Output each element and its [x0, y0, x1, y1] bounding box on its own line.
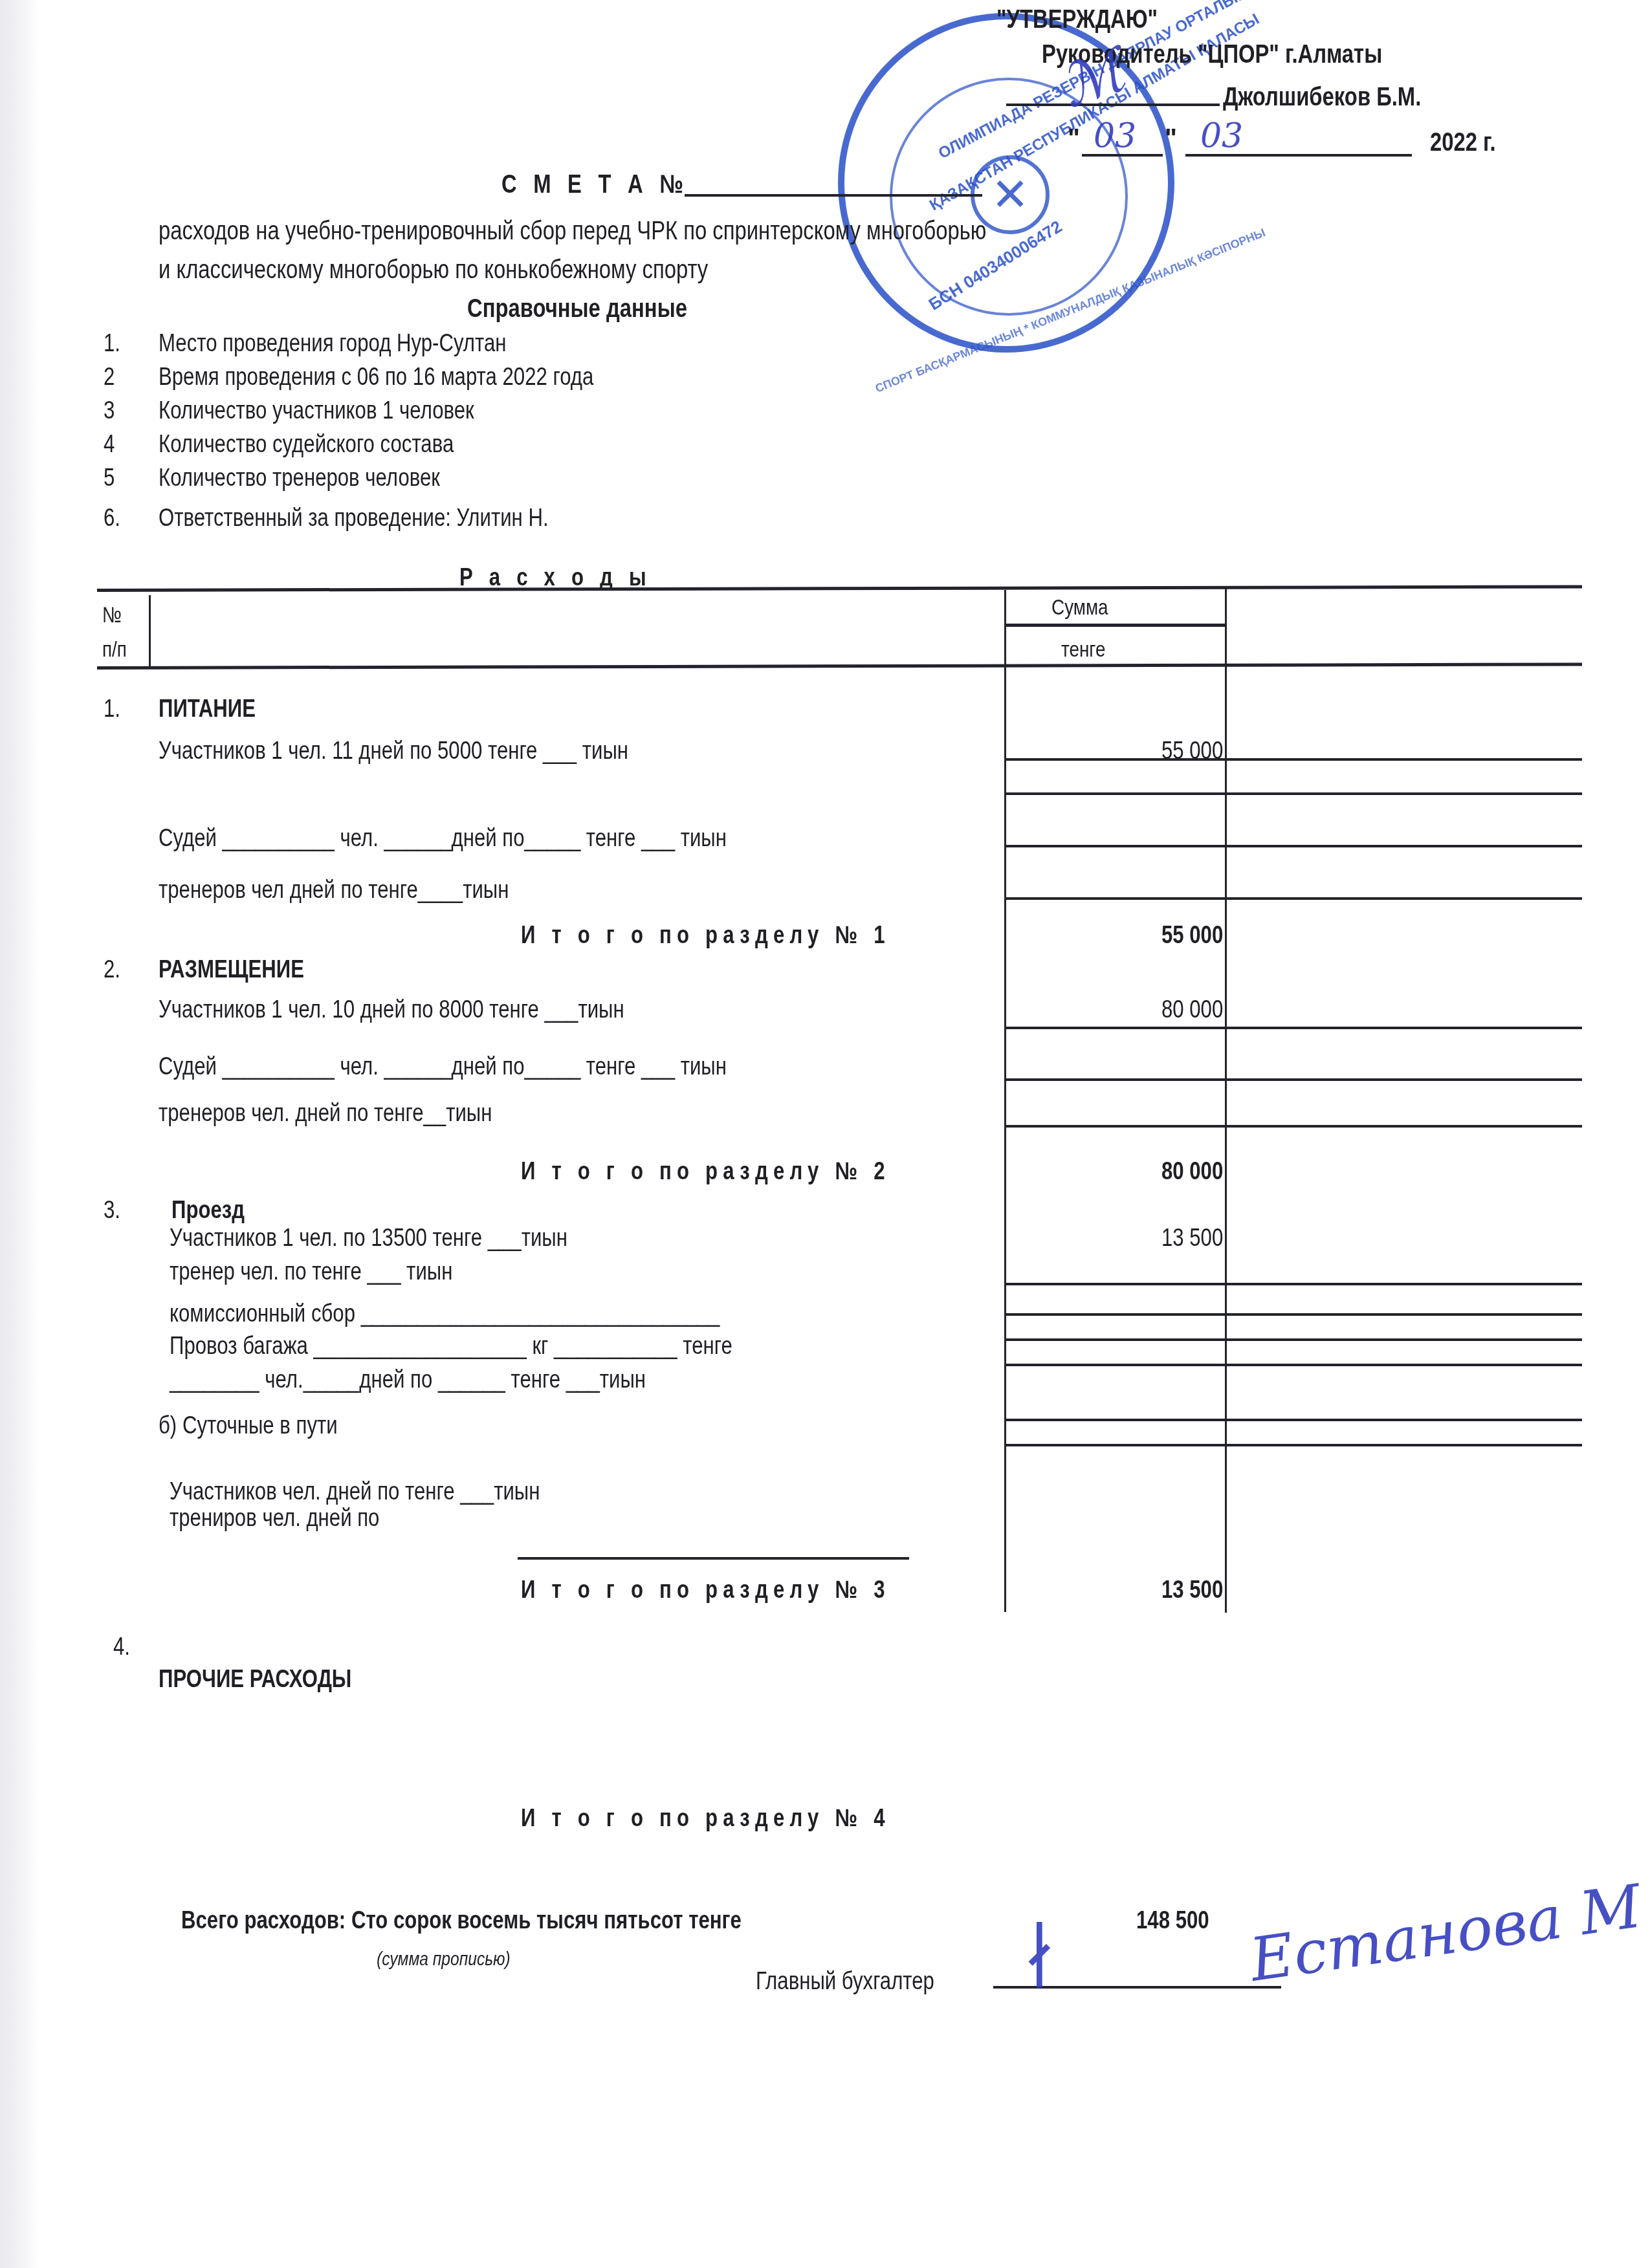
sum-header-divider [1005, 624, 1225, 627]
table-top-border [97, 585, 1582, 592]
approval-name: Джолшибеков Б.М. [1223, 83, 1465, 112]
expense-row-text: Участников 1 чел. 10 дней по 8000 тенге … [159, 996, 727, 1024]
approval-date-open-quote: " [1068, 124, 1080, 153]
section-number: 2. [104, 956, 124, 984]
table-row-line [1006, 1419, 1582, 1421]
table-row-line [1006, 1313, 1582, 1316]
document-subtitle-line2: и классическому многоборью по конькобежн… [159, 256, 829, 285]
scan-edge-shadow [0, 0, 39, 2268]
section-total-label: И т о г о по разделу № 2 [521, 1158, 971, 1186]
reference-item-text: Время проведения с 06 по 16 марта 2022 г… [159, 364, 689, 391]
table-row-line [1006, 758, 1582, 761]
reference-item-text: Количество тренеров человек [159, 464, 501, 492]
words-caption: (сумма прописью) [377, 1948, 540, 1970]
table-row-line [1006, 1338, 1582, 1341]
approval-day: 03 [1094, 116, 1136, 155]
document-number-line [685, 194, 982, 197]
section-total-label: И т о г о по разделу № 4 [521, 1805, 971, 1833]
header-col-divider [149, 595, 151, 668]
expense-row-text: Участников чел. дней по тенге ___тиын [170, 1478, 621, 1506]
expense-row-text: тренеров чел дней по тенге____тиын [159, 877, 586, 904]
table-row-line [1006, 1444, 1582, 1446]
reference-item-number: 2 [104, 364, 117, 391]
section-total-label: И т о г о по разделу № 1 [521, 922, 971, 950]
accountant-label: Главный бухгалтер [756, 1968, 974, 1996]
approval-title: "УТВЕРЖДАЮ" [996, 5, 1193, 34]
section-number: 3. [104, 1197, 124, 1225]
section-total-amount: 13 500 [1148, 1576, 1223, 1604]
expense-row-text: тренер чел. по тенге ___ тиын [170, 1258, 514, 1286]
expense-row-text: Участников 1 чел. 11 дней по 5000 тенге … [159, 737, 731, 765]
expense-row-text: тренеров чел. дней по тенге__тиын [159, 1100, 566, 1128]
col-sum-header-line1: Сумма [1051, 595, 1121, 620]
table-row-line [1006, 1283, 1582, 1285]
grand-total-label: Всего расходов: Сто сорок восемь тысяч п… [181, 1907, 864, 1935]
expense-row-text: трениров чел. дней по [170, 1505, 426, 1532]
expense-row-text: комиссионный сбор ______________________… [170, 1300, 841, 1328]
approval-month: 03 [1200, 116, 1243, 155]
document-subtitle-line1: расходов на учебно-тренировочный сбор пе… [159, 217, 1168, 246]
section-number: 4. [113, 1633, 134, 1661]
approval-year: 2022 г. [1430, 128, 1510, 157]
table-header-bottom-border [97, 662, 1582, 670]
accountant-signature: Естанова М [1246, 1871, 1646, 1995]
expense-row-text: Провоз багажа ___________________ кг ___… [170, 1333, 856, 1360]
reference-item-text: Количество участников 1 человек [159, 397, 544, 425]
section-number: 1. [104, 695, 124, 723]
reference-item-number: 6. [104, 505, 124, 532]
reference-item-text: Ответственный за проведение: Улитин Н. [159, 505, 634, 532]
table-row-line [1006, 1125, 1582, 1128]
table-row-line [1006, 1027, 1582, 1029]
expense-row-amount: 55 000 [1148, 737, 1223, 765]
col-num-header-line2: п/п [102, 637, 132, 662]
col-sum-header-line2: тенге [1061, 637, 1115, 662]
reference-item-text: Место проведения город Нур-Султан [159, 330, 582, 358]
expense-row-amount: 80 000 [1148, 996, 1223, 1024]
grand-total-amount: 148 500 [1136, 1907, 1225, 1935]
expense-row-text: Судей __________ чел. ______дней по_____… [159, 1053, 852, 1081]
reference-item-number: 5 [104, 464, 117, 492]
section-title: РАЗМЕЩЕНИЕ [159, 956, 336, 984]
sum-col-right-border [1225, 587, 1227, 1613]
section3-total-underline [518, 1557, 909, 1560]
table-row-line [1006, 845, 1582, 847]
reference-item-number: 3 [104, 397, 117, 425]
reference-heading: Справочные данные [467, 294, 736, 323]
col-num-header-line1: № [102, 603, 126, 628]
table-row-line [1006, 792, 1582, 795]
section-total-label: И т о г о по разделу № 3 [521, 1576, 971, 1604]
approval-date-close-quote: " [1165, 124, 1177, 153]
accountant-initials-signature: ∤ [1022, 1915, 1057, 1998]
section-title: ПИТАНИЕ [159, 695, 277, 723]
expense-row-text: Судей __________ чел. ______дней по_____… [159, 825, 852, 853]
expense-row-text: ________ чел._____дней по ______ тенге _… [170, 1366, 751, 1394]
section-total-amount: 55 000 [1148, 922, 1223, 950]
expense-row-text: Участников 1 чел. по 13500 тенге ___тиын [170, 1225, 655, 1252]
section-title: Проезд [171, 1197, 261, 1225]
expense-row-text: б) Суточные в пути [159, 1412, 377, 1440]
section-total-amount: 80 000 [1148, 1158, 1223, 1186]
section-title: ПРОЧИЕ РАСХОДЫ [159, 1666, 394, 1694]
table-row-line [1006, 897, 1582, 900]
reference-item-number: 1. [104, 330, 124, 358]
reference-item-number: 4 [104, 431, 117, 459]
table-row-line [1006, 1078, 1582, 1081]
sum-col-left-border [1004, 590, 1006, 1612]
expense-row-amount: 13 500 [1148, 1225, 1223, 1252]
table-row-line [1006, 1364, 1582, 1366]
reference-item-text: Количество судейского состава [159, 431, 518, 459]
